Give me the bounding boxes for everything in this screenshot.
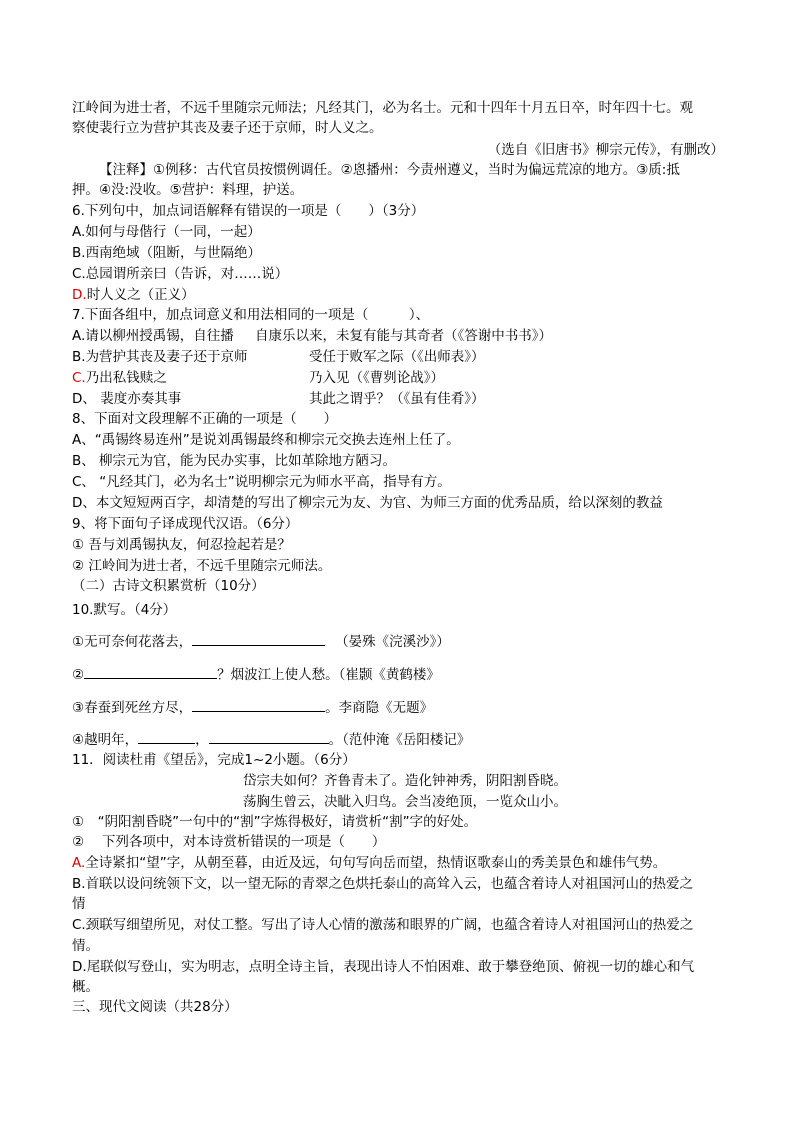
q10-item-4: ④越明年，，。（范仲淹《岳阳楼记》 <box>72 729 470 750</box>
option-right: 乃入见（《曹刿论战》） <box>309 368 444 388</box>
poem-line: 岱宗夫如何？齐鲁青未了。造化钟神秀，阴阳割昏晓。 <box>243 771 567 791</box>
item-suffix: 。李商隐《无题》 <box>325 700 433 716</box>
q11-option-b: B.首联以设问统领下文，以一望无际的青翠之色烘托泰山的高耸入云，也蕴含着诗人对祖… <box>72 874 693 894</box>
q6-option-d: D.时人义之（正义） <box>72 285 195 305</box>
question-10-stem: 10.默写。（4分） <box>72 600 176 620</box>
option-text: “禹锡终易连州”是说刘禹锡最终和柳宗元交换去连州上任了。 <box>95 432 460 448</box>
option-letter: C. <box>72 266 86 282</box>
q7-option-a: A.请以柳州授禹锡，自往播自康乐以来，未复有能与其奇者（《答谢中书书》） <box>72 326 234 346</box>
item-prefix: ④越明年， <box>72 732 138 748</box>
option-letter: C、 <box>72 474 95 490</box>
option-letter: A、 <box>72 432 95 448</box>
option-text: 柳宗元为官，能为民办实事，比如革除地方陋习。 <box>95 453 396 469</box>
answer-letter: A. <box>72 855 85 871</box>
q6-option-b: B.西南绝域（阻断，与世隔绝） <box>72 243 261 263</box>
q9-item: ① 吾与刘禹锡执友，何忍捡起若是？ <box>72 535 291 555</box>
q7-option-c: C.乃出私钱赎之乃入见（《曹刿论战》） <box>72 368 167 388</box>
option-right: 受任于败军之际（《出师表》） <box>309 347 485 367</box>
option-letter: C. <box>72 917 86 933</box>
answer-blank[interactable] <box>138 729 195 744</box>
section-2-title: （二）古诗文积累赏析（10分） <box>72 576 265 596</box>
option-letter: D、 <box>72 391 96 407</box>
q11-option-d-cont: 概。 <box>72 977 99 997</box>
answer-blank[interactable] <box>192 631 325 646</box>
option-text: “凡经其门，必为名士”说明柳宗元为师水平高，指导有方。 <box>95 474 451 490</box>
option-letter: B. <box>72 245 86 261</box>
notes-line: 【注释】①例移：古代官员按惯例调任。②恖播州：今责州遵义，当时为偏远荒凉的地方。… <box>72 160 680 180</box>
q10-item-2: ②？烟波江上使人愁。（崔颢《黄鹤楼》 <box>72 664 440 685</box>
question-11-stem: 11．阅读杜甫《望岳》，完成1~2小题。（6分） <box>72 750 356 770</box>
passage-line: 察使裴行立为营护其丧及妻子还于京师，时人义之。 <box>72 118 383 138</box>
question-8-stem: 8、下面对文段理解不正确的一项是（ ） <box>72 409 337 429</box>
option-letter: D、 <box>72 495 96 511</box>
item-suffix: （晏殊《浣溪沙》） <box>325 634 450 650</box>
option-right: 其此之谓乎？（《虽有佳肴》） <box>309 389 485 409</box>
option-letter: D. <box>72 959 87 975</box>
option-left: 请以柳州授禹锡，自往播 <box>85 328 234 344</box>
q11-option-b-cont: 情 <box>72 894 86 914</box>
q9-item: ② 江岭间为进士者，不远千里随宗元师法。 <box>72 556 331 576</box>
q11-sub-question-1: ① “阴阳割昏晓”一句中的“割”字炼得极好，请赏析“割”字的好处。 <box>72 812 477 832</box>
item-prefix: ①无可奈何花落去， <box>72 634 192 650</box>
option-text: 时人义之（正义） <box>87 287 195 303</box>
option-letter: A. <box>72 328 85 344</box>
q11-option-a: A.全诗紧扣“望”字，从朝至暮，由近及远，句句写向岳而望，热情讴歌泰山的秀美景色… <box>72 853 666 873</box>
option-letter: B. <box>72 876 86 892</box>
answer-letter: D. <box>72 287 87 303</box>
section-3-title: 三、现代文阅读（共28分） <box>72 997 238 1017</box>
option-letter: B、 <box>72 453 95 469</box>
question-6-stem: 6.下列句中，加点词语解释有错误的一项是（ ）（3分） <box>72 201 424 221</box>
poem-line: 荡胸生曾云，决眦入归鸟。会当凌绝顶，一览众山小。 <box>243 792 567 812</box>
answer-letter: C. <box>72 370 86 386</box>
answer-blank[interactable] <box>84 664 217 679</box>
option-text: 全诗紧扣“望”字，从朝至暮，由近及远，句句写向岳而望，热情讴歌泰山的秀美景色和雄… <box>85 855 666 871</box>
q11-sub-question-2: ② 下列各项中，对本诗赏析错误的一项是（ ） <box>72 832 385 852</box>
option-letter: B. <box>72 349 86 365</box>
option-left: 为营护其丧及妻子还于京师 <box>86 349 248 365</box>
q11-option-c: C.颈联写细望所见，对仗工整。写出了诗人心情的激荡和眼界的广阔，也蕴含着诗人对祖… <box>72 915 693 935</box>
q6-option-a: A.如何与母偕行（一同，一起） <box>72 222 261 242</box>
option-text: 总园谓所亲曰（告诉，对……说） <box>86 266 289 282</box>
item-suffix: ？烟波江上使人愁。（崔颢《黄鹤楼》 <box>217 667 440 683</box>
option-left: 乃出私钱赎之 <box>86 370 167 386</box>
passage-source: （选自《旧唐书》柳宗元传》，有删改） <box>488 140 724 160</box>
q8-option-a: A、“禹锡终易连州”是说刘禹锡最终和柳宗元交换去连州上任了。 <box>72 430 460 450</box>
option-text: 如何与母偕行（一同，一起） <box>85 224 261 240</box>
question-7-stem: 7.下面各组中，加点词意义和用法相同的一项是（ ）、 <box>72 305 429 325</box>
q11-option-d: D.尾联似写登山，实为明志，点明全诗主旨，表现出诗人不怕困难、敢于攀登绝顶、俯视… <box>72 957 694 977</box>
q10-item-1: ①无可奈何花落去，（晏殊《浣溪沙》） <box>72 631 450 652</box>
answer-blank[interactable] <box>209 729 329 744</box>
item-prefix: ③春蚕到死丝方尽， <box>72 700 192 716</box>
item-prefix: ② <box>72 667 84 683</box>
option-left: 裴度亦奏其事 <box>96 391 181 407</box>
option-text: 本文短短两百字，却清楚的写出了柳宗元为友、为官、为师三方面的优秀品质，给以深刻的… <box>96 495 663 511</box>
q7-option-d: D、 裴度亦奏其事其此之谓乎？（《虽有佳肴》） <box>72 389 181 409</box>
item-suffix: 。（范仲淹《岳阳楼记》 <box>329 732 471 748</box>
q10-item-3: ③春蚕到死丝方尽，。李商隐《无题》 <box>72 697 433 718</box>
question-9-stem: 9、将下面句子译成现代汉语。（6分） <box>72 514 298 534</box>
q8-option-b: B、 柳宗元为官，能为民办实事，比如革除地方陋习。 <box>72 451 396 471</box>
item-sep: ， <box>195 732 209 748</box>
option-text: 西南绝域（阻断，与世隔绝） <box>86 245 262 261</box>
q7-option-b: B.为营护其丧及妻子还于京师受任于败军之际（《出师表》） <box>72 347 248 367</box>
answer-blank[interactable] <box>192 697 325 712</box>
option-letter: A. <box>72 224 85 240</box>
passage-line: 江岭间为进士者，不远千里随宗元师法；凡经其门，必为名士。元和十四年十月五日卒，时… <box>72 98 693 118</box>
q8-option-c: C、 “凡经其门，必为名士”说明柳宗元为师水平高，指导有方。 <box>72 472 451 492</box>
q8-option-d: D、本文短短两百字，却清楚的写出了柳宗元为友、为官、为师三方面的优秀品质，给以深… <box>72 493 663 513</box>
option-text: 首联以设问统领下文，以一望无际的青翠之色烘托泰山的高耸入云，也蕴含着诗人对祖国河… <box>86 876 694 892</box>
option-text: 颈联写细望所见，对仗工整。写出了诗人心情的激荡和眼界的广阔，也蕴含着诗人对祖国河… <box>86 917 694 933</box>
option-text: 尾联似写登山，实为明志，点明全诗主旨，表现出诗人不怕困难、敢于攀登绝顶、俯视一切… <box>87 959 695 975</box>
option-right: 自康乐以来，未复有能与其奇者（《答谢中书书》） <box>255 326 552 346</box>
q6-option-c: C.总园谓所亲曰（告诉，对……说） <box>72 264 288 284</box>
q11-option-c-cont: 情。 <box>72 936 99 956</box>
notes-line: 押。④没:没收。⑤营护：料理，护送。 <box>72 180 303 200</box>
